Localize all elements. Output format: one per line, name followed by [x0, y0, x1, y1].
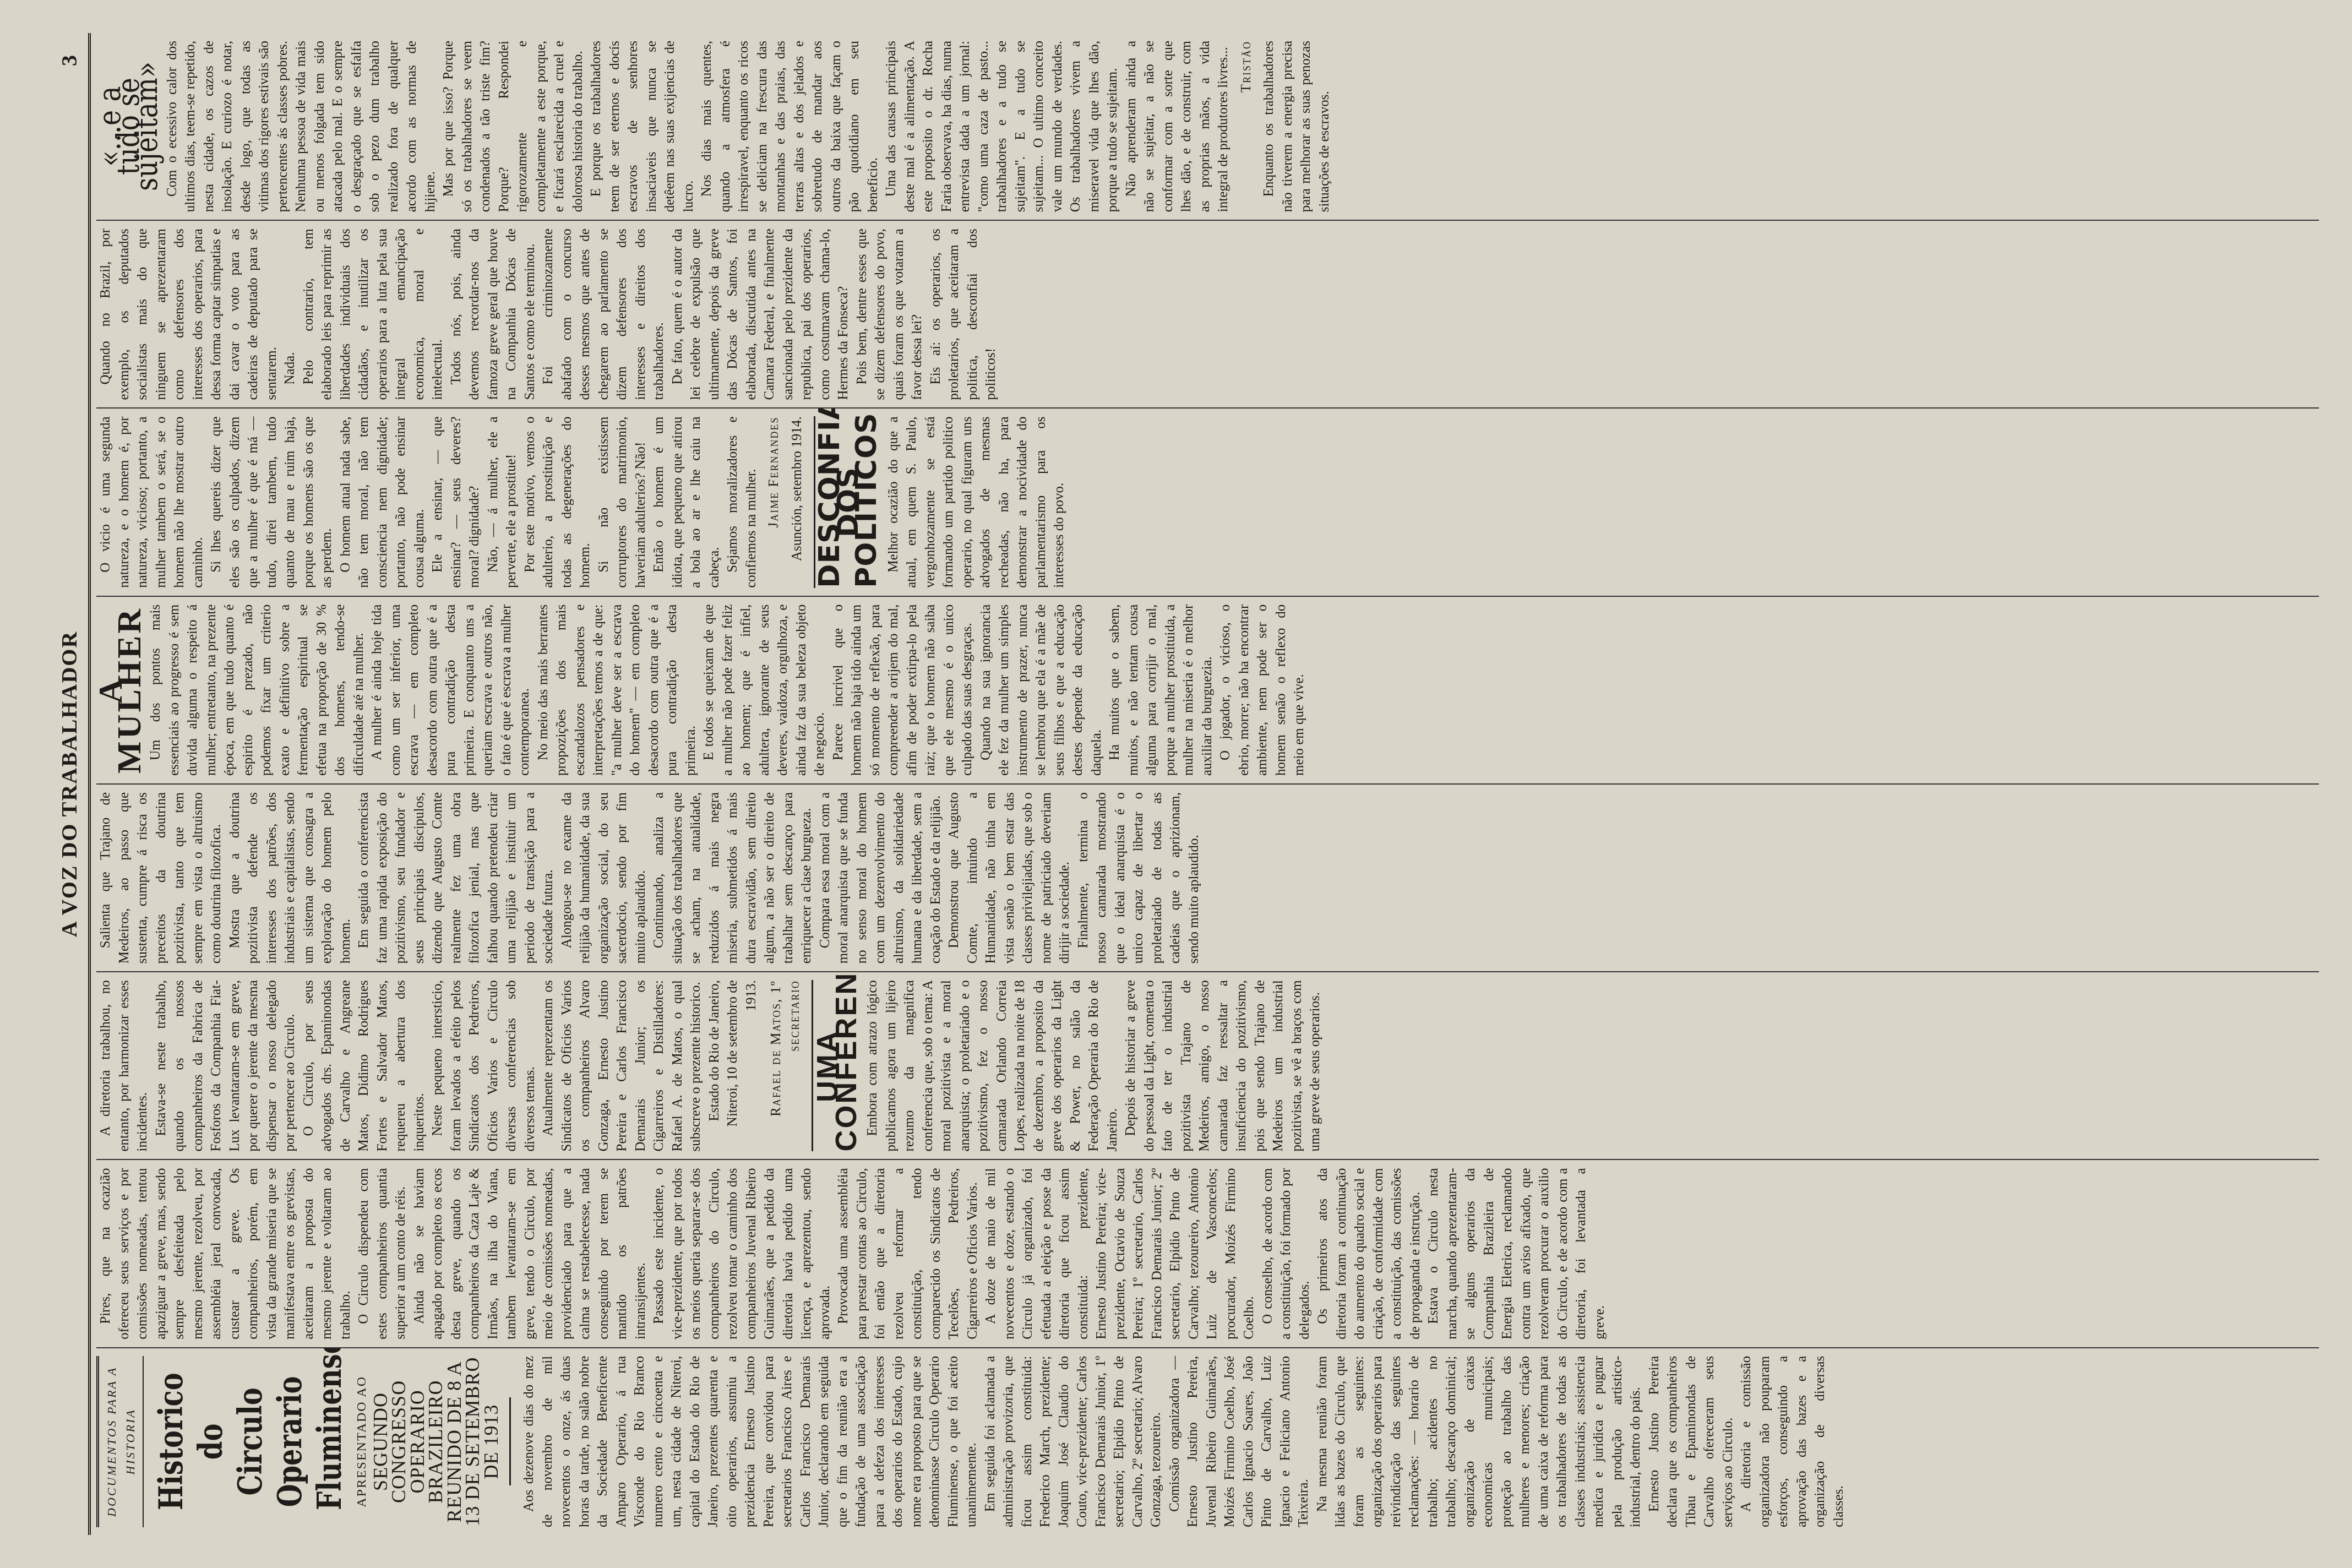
column-6: O vicio é uma segunda natureza, e o home… [96, 408, 2319, 596]
conferencia-title: UMA CONFERENCIA [812, 980, 856, 1151]
paragraph: Todos nós, pois, ainda devemos recordar-… [447, 228, 540, 400]
paragraph: O jogador, o vicioso, o ebrio, morre; nã… [1216, 605, 1309, 776]
paragraph: Pires, que na ocazião ofereceu seus serv… [96, 1168, 355, 1340]
column-5: A MULHER Um dos pontos mais essenciais a… [96, 596, 2319, 783]
column-1: DOCUMENTOS PARA A HISTORIA Historico do … [96, 1347, 2319, 1535]
paragraph: Quando no Brazil, por exemplo, os deputa… [96, 228, 281, 400]
paragraph: Embora com atrazo lógico publicamos agor… [863, 980, 1121, 1151]
paragraph: Neste pequeno intersticio, foram levados… [428, 980, 539, 1151]
paragraph: O vicio é uma segunda natureza, e o home… [96, 417, 207, 588]
mulher-place-date: Asunción, setembro 1914. [788, 417, 807, 588]
historico-place-date: Estado do Rio de Janeiro, Niteroi, 10 de… [705, 980, 761, 1151]
paragraph: Parece incrivel que o homem não haja tid… [829, 605, 977, 776]
paragraph: Eis aí: os operarios, os proletarios, qu… [927, 228, 1000, 400]
paragraph: A diretoria e comissão organizadora não … [1737, 1356, 1848, 1527]
historico-signature: Rafael de Matos, 1º secretario [767, 980, 804, 1151]
paragraph: Nos dias mais quentes, quando a atmosfer… [698, 41, 882, 212]
paragraph: Alongou-se no exame da relijião da human… [558, 792, 650, 963]
paragraph: A doze de maio de mil novecentos e doze,… [982, 1168, 1259, 1340]
paragraph: Mas por que isso? Porque só os trabalhad… [439, 41, 587, 212]
paragraph: Atualmente reprezentam os Sindicatos de … [539, 980, 705, 1151]
column-4: Salienta que Trajano de Medeiros, ao pas… [96, 783, 2319, 971]
sujeitam-signature: Tristão [1237, 41, 1256, 212]
paragraph: Nada. [281, 228, 300, 400]
paragraph: Sejamos moralizadores e confiemos na mul… [723, 417, 760, 588]
historico-subtitle-2: SEGUNDO CONGRESSO OPERARIO BRAZILEIRO [372, 1356, 445, 1527]
paragraph: Provocada uma assembléia para prestar co… [834, 1168, 982, 1340]
section-banner: DOCUMENTOS PARA A HISTORIA [96, 1356, 144, 1527]
paragraph: O conselho, de acordo com a constituição… [1259, 1168, 1314, 1340]
paragraph: Em seguida foi aclamada a administração … [981, 1356, 1166, 1527]
paragraph: A diretoria trabalhou, no entanto, por h… [96, 980, 152, 1151]
paragraph: Continuando, analiza a situação dos trab… [650, 792, 816, 963]
paragraph: Demonstrou que Augusto Comte, intuindo a… [945, 792, 1074, 963]
paragraph: Quando na sua ignorancia ele fez da mulh… [977, 605, 1106, 776]
paragraph: Pois bem, dentre esses que se dizem defe… [853, 228, 927, 400]
page-number: 3 [56, 55, 82, 66]
paragraph: Ha muitos que o sabem, muitos, e não ten… [1106, 605, 1216, 776]
paragraph: Melhor ocazião do que a atual, em quem S… [884, 417, 1069, 588]
paragraph: Passado este incidente, o vice-prezident… [650, 1168, 834, 1340]
columns: DOCUMENTOS PARA A HISTORIA Historico do … [96, 33, 2319, 1535]
paragraph: E todos se queixam de que a mulher não p… [700, 605, 829, 776]
paragraph: Por este motivo, vemos o adulterio, a pr… [521, 417, 595, 588]
paragraph: No meio das mais berrantes propozições d… [534, 605, 700, 776]
paragraph: Então o homem é um idiota, que pequeno q… [650, 417, 723, 588]
paragraph: E porque os trabalhadores teem de ser et… [587, 41, 698, 212]
paragraph: Si não existissem corruptores do matrimo… [595, 417, 650, 588]
historico-title: Historico do Circulo Operario Fluminense [151, 1373, 350, 1510]
column-3: A diretoria trabalhou, no entanto, por h… [96, 971, 2319, 1159]
paragraph: Pelo contrario, tem elaborado leis para … [300, 228, 447, 400]
paragraph: Na mesma reunião foram lidas as bazes do… [1313, 1356, 1645, 1527]
divider [509, 1397, 511, 1485]
paragraph: Um dos pontos mais essenciais ao progres… [146, 605, 368, 776]
paragraph: Depois de historiar a greve do pessoal d… [1121, 980, 1325, 1151]
sujeitam-title: «...e a tudo se sujeitam» [101, 53, 156, 199]
paragraph: Foi criminozamente abafado com o concurs… [539, 228, 668, 400]
mulher-signature: Jaime Fernandes [765, 417, 783, 588]
paragraph: Ernesto Justino Pereira declara que os c… [1645, 1356, 1738, 1527]
paragraph: Com o ecessivo calor dos ultimos dias, t… [163, 41, 440, 212]
paragraph: Si lhes quereis dizer que eles são os cu… [207, 417, 336, 588]
paragraph: Estava o Circulo nesta marcha, quando ap… [1424, 1168, 1609, 1340]
desconfiai-title: DESCONFIAI DOS POLITICOS! [814, 417, 876, 588]
paragraph: Os primeiros atos da diretoria foram a c… [1314, 1168, 1424, 1340]
paragraph: Estava-se neste trabalho, quando os noss… [152, 980, 300, 1151]
paragraph: Em seguida o conferencista faz uma rapid… [355, 792, 558, 963]
paragraph: Ele a ensinar, — que ensinar? — seus dev… [428, 417, 484, 588]
paragraph: Finalmente, termina o nosso camarada mos… [1074, 792, 1204, 963]
newspaper-page: A VOZ DO TRABALHADOR 3 DOCUMENTOS PARA A… [0, 0, 2352, 1568]
masthead: A VOZ DO TRABALHADOR 3 [50, 33, 91, 1535]
mulher-title: A MULHER [102, 605, 139, 776]
paragraph: O Circulo, por seus advogados drs. Epami… [300, 980, 429, 1151]
paragraph: Uma das causas principais deste mal é a … [882, 41, 1122, 212]
paragraph: Aos dezenove dias do mez de novembro de … [520, 1356, 981, 1527]
column-7: Quando no Brazil, por exemplo, os deputa… [96, 220, 2319, 407]
newspaper-title: A VOZ DO TRABALHADOR [56, 631, 82, 938]
paragraph: Não, — á mulher, ele a perverte, ele a p… [484, 417, 521, 588]
paragraph: Comissão organizadora — Ernesto Justino … [1166, 1356, 1313, 1527]
historico-subtitle-3: REUNIDO DE 8 A 13 DE SETEMBRO DE 1913 [445, 1356, 501, 1527]
paragraph: Ainda não se haviam apagado por completo… [410, 1168, 650, 1340]
paragraph: A mulher é ainda hoje tida como um ser i… [368, 605, 534, 776]
column-2: Pires, que na ocazião ofereceu seus serv… [96, 1159, 2319, 1347]
paragraph: Não aprenderam ainda a não se sujeitar, … [1122, 41, 1233, 212]
paragraph: Compara essa moral com a moral anarquist… [816, 792, 945, 963]
paragraph: Mostra que a doutrina pozitivista defend… [226, 792, 355, 963]
paragraph: Enquanto os trabalhadores não tiverem a … [1260, 41, 1333, 212]
paragraph: O Circulo dispendeu com estes companheir… [355, 1168, 410, 1340]
paragraph: O homem atual nada sabe, não tem moral, … [336, 417, 429, 588]
paragraph: De fato, quem é o autor da lei celebre d… [668, 228, 853, 400]
column-8: «...e a tudo se sujeitam» Com o ecessivo… [96, 33, 2319, 220]
historico-subtitle-1: APRESENTADO AO [353, 1356, 372, 1527]
paragraph: Salienta que Trajano de Medeiros, ao pas… [96, 792, 226, 963]
